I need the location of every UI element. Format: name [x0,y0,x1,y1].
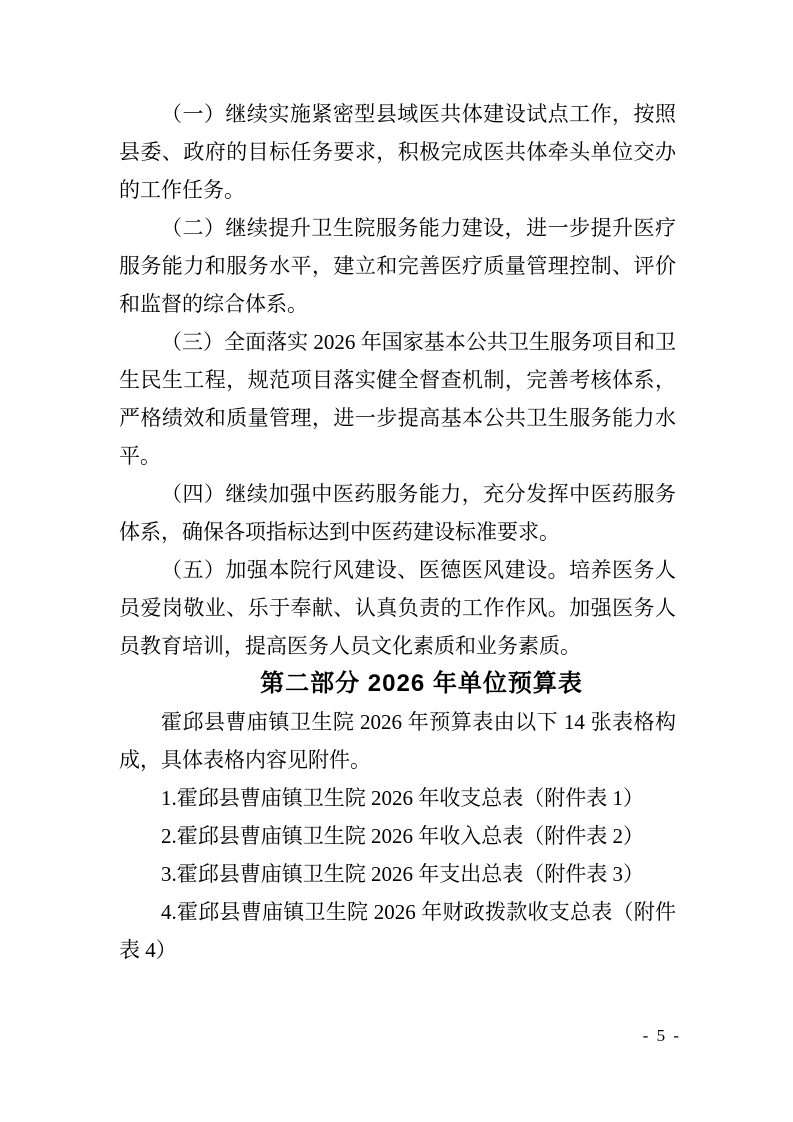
list-item-1: 1.霍邱县曹庙镇卫生院 2026 年收支总表（附件表 1） [119,779,676,817]
list-item-2: 2.霍邱县曹庙镇卫生院 2026 年收入总表（附件表 2） [119,817,676,855]
paragraph-3: （三）全面落实 2026 年国家基本公共卫生服务项目和卫生民生工程，规范项目落实… [119,323,676,475]
paragraph-4: （四）继续加强中医药服务能力，充分发挥中医药服务体系，确保各项指标达到中医药建设… [119,475,676,551]
intro-paragraph: 霍邱县曹庙镇卫生院 2026 年预算表由以下 14 张表格构成，具体表格内容见附… [119,703,676,779]
paragraph-2: （二）继续提升卫生院服务能力建设，进一步提升医疗服务能力和服务水平，建立和完善医… [119,209,676,323]
paragraph-1: （一）继续实施紧密型县域医共体建设试点工作，按照县委、政府的目标任务要求，积极完… [119,95,676,209]
section-heading: 第二部分 2026 年单位预算表 [119,665,676,703]
paragraph-5: （五）加强本院行风建设、医德医风建设。培养医务人员爱岗敬业、乐于奉献、认真负责的… [119,551,676,665]
list-item-4: 4.霍邱县曹庙镇卫生院 2026 年财政拨款收支总表（附件表 4） [119,893,676,969]
document-page: （一）继续实施紧密型县域医共体建设试点工作，按照县委、政府的目标任务要求，积极完… [0,0,793,1122]
page-number: - 5 - [643,1025,681,1047]
list-item-3: 3.霍邱县曹庙镇卫生院 2026 年支出总表（附件表 3） [119,855,676,893]
document-body: （一）继续实施紧密型县域医共体建设试点工作，按照县委、政府的目标任务要求，积极完… [119,95,676,969]
